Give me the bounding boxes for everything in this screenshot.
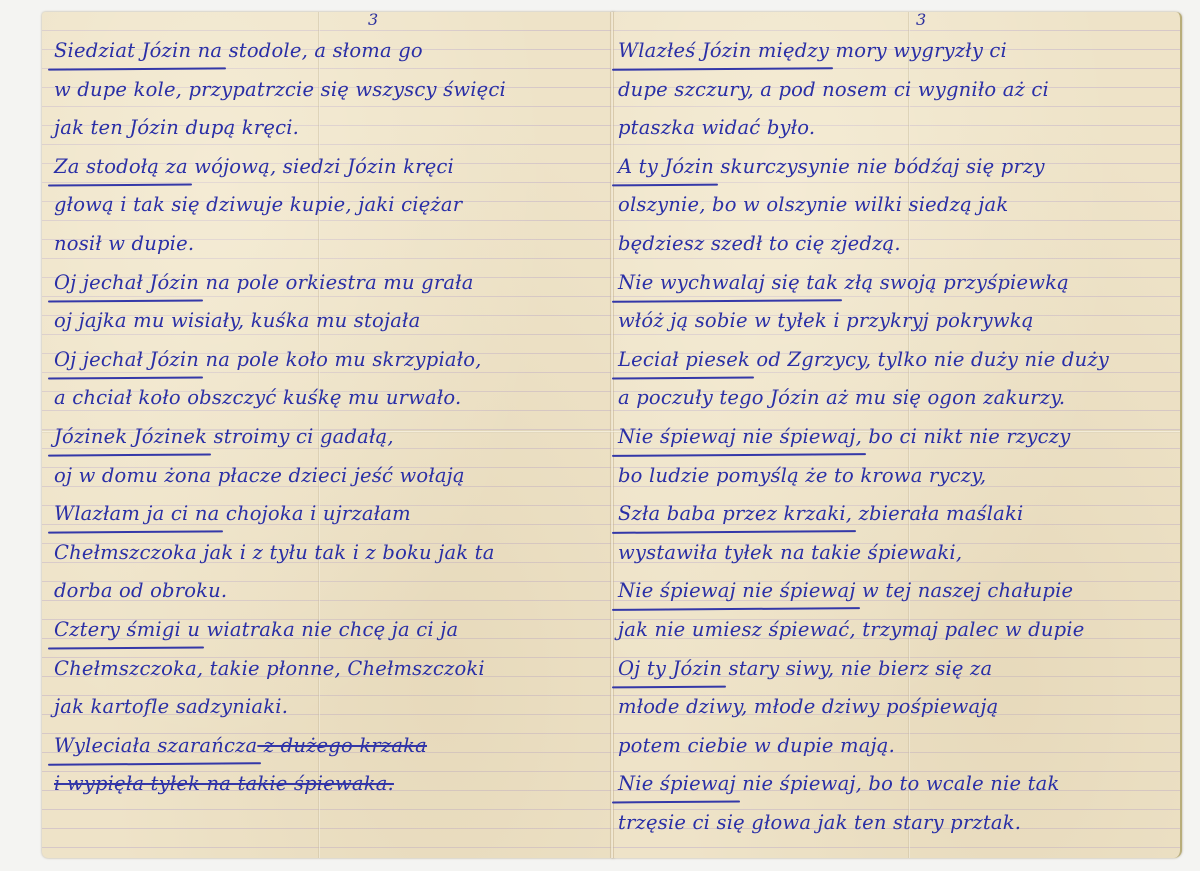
underlined-verse-start: A ty Józin [618,154,714,180]
handwritten-line: włóż ją sobie w tyłek i przykryj pokrywk… [618,308,1178,347]
verse-text: stary siwy, nie bierz się za [722,657,992,680]
verse-text: Chełmszczoka jak i z tyłu tak i z boku j… [54,541,495,564]
handwritten-line: Chełmszczoka, takie płonne, Chełmszczoki [54,656,610,695]
handwritten-line: Cztery śmigi u wiatraka nie chcę ja ci j… [54,617,610,656]
handwritten-line: wystawiła tyłek na takie śpiewaki, [618,540,1178,579]
underlined-verse-start: Siedziat Józin na [54,38,222,64]
handwritten-line: Za stodołą za wójową, siedzi Józin kręci [54,154,610,193]
handwritten-line: w dupe kole, przypatrzcie się wszyscy św… [54,77,610,116]
verse-text: ptaszka widać było. [618,116,815,139]
handwritten-line: potem ciebie w dupie mają. [618,733,1178,772]
verse-text: bo ci nikt nie rzyczy [862,425,1070,448]
verse-text: a chciał koło obszczyć kuśkę mu urwało. [54,386,461,409]
scanned-document: 3 3 Siedziat Józin na stodole, a słoma g… [0,0,1200,871]
verse-text: dupe szczury, a pod nosem ci wygniło aż … [618,78,1049,101]
handwritten-line: Nie śpiewaj nie śpiewaj w tej naszej cha… [618,578,1178,617]
handwritten-line: a poczuły tego Józin aż mu się ogon zaku… [618,385,1178,424]
underlined-verse-start: Za stodołą za [54,154,188,180]
verse-text: nosił w dupie. [54,232,194,255]
handwritten-line: trzęsie ci się głowa jak ten stary przta… [618,810,1178,849]
underlined-verse-start: Wlazłam ja ci na [54,501,219,527]
underlined-verse-start: Oj jechał Józin [54,347,199,373]
handwritten-line: Nie wychwalaj się tak złą swoją przyśpie… [618,270,1178,309]
verse-text: dorba od obroku. [54,579,227,602]
underlined-verse-start: Nie śpiewaj nie śpiewaj [618,578,856,604]
underlined-verse-start: Nie śpiewaj nie śpiewaj, [618,424,862,450]
handwritten-line: dorba od obroku. [54,578,610,617]
handwritten-line: Szła baba przez krzaki, zbierała maślaki [618,501,1178,540]
handwritten-line: a chciał koło obszczyć kuśkę mu urwało. [54,385,610,424]
underlined-verse-start: Nie śpiewaj [618,771,736,797]
verse-text: jak nie umiesz śpiewać, trzymaj palec w … [618,618,1084,641]
underlined-verse-start: Józinek Józinek [54,424,207,450]
right-page-text: Wlazłeś Józin między mory wygryzły cidup… [618,38,1178,848]
verse-text: złą swoją przyśpiewką [838,271,1069,294]
handwritten-line: Chełmszczoka jak i z tyłu tak i z boku j… [54,540,610,579]
handwritten-line: nosił w dupie. [54,231,610,270]
verse-text: jak kartofle sadzyniaki. [54,695,288,718]
verse-text: oj jajka mu wisiały, kuśka mu stojała [54,309,420,332]
handwritten-line: bo ludzie pomyślą że to krowa ryczy, [618,463,1178,502]
underlined-verse-start: Wlazłeś Józin między [618,38,829,64]
verse-text: wystawiła tyłek na takie śpiewaki, [618,541,962,564]
handwritten-line: Wlazłeś Józin między mory wygryzły ci [618,38,1178,77]
handwritten-line: ptaszka widać było. [618,115,1178,154]
handwritten-line: i wypięła tyłek na takie śpiewaka. [54,771,610,810]
handwritten-line: Oj jechał Józin na pole koło mu skrzypia… [54,347,610,386]
left-page-text: Siedziat Józin na stodole, a słoma gow d… [54,38,610,810]
verse-text: na pole orkiestra mu grała [199,271,473,294]
verse-text: oj w domu żona płacze dzieci jeść wołają [54,464,465,487]
handwritten-line: głową i tak się dziwuje kupie, jaki cięż… [54,192,610,231]
handwritten-line: Nie śpiewaj nie śpiewaj, bo to wcale nie… [618,771,1178,810]
verse-text: wiatraka nie chcę ja ci ja [200,618,458,641]
handwritten-line: oj jajka mu wisiały, kuśka mu stojała [54,308,610,347]
verse-text: będziesz szedł to cię zjedzą. [618,232,901,255]
verse-text: skurczysynie nie bódźaj się przy [714,155,1045,178]
right-page-number: 3 [916,10,926,29]
verse-text: głową i tak się dziwuje kupie, jaki cięż… [54,193,462,216]
handwritten-line: Siedziat Józin na stodole, a słoma go [54,38,610,77]
handwritten-line: młode dziwy, młode dziwy pośpiewają [618,694,1178,733]
handwritten-line: dupe szczury, a pod nosem ci wygniło aż … [618,77,1178,116]
handwritten-line: Oj ty Józin stary siwy, nie bierz się za [618,656,1178,695]
left-page-number: 3 [368,10,378,29]
verse-text: włóż ją sobie w tyłek i przykryj pokrywk… [618,309,1034,332]
verse-text: Chełmszczoka, takie płonne, Chełmszczoki [54,657,485,680]
verse-text: nie śpiewaj, bo to wcale nie tak [736,772,1060,795]
handwritten-line: Wlazłam ja ci na chojoka i ujrzałam [54,501,610,540]
verse-text: i wypięła tyłek na takie śpiewaka. [54,772,394,795]
underlined-verse-start: Szła baba przez krzaki, [618,501,852,527]
verse-text: stroimy ci gadałą, [207,425,394,448]
verse-text: zbierała maślaki [852,502,1023,525]
underlined-verse-start: Nie wychwalaj się tak [618,270,838,296]
handwritten-line: Oj jechał Józin na pole orkiestra mu gra… [54,270,610,309]
verse-text: w dupe kole, przypatrzcie się wszyscy św… [54,78,506,101]
verse-text: na pole koło mu skrzypiało, [199,348,482,371]
handwritten-line: jak ten Józin dupą kręci. [54,115,610,154]
handwritten-line: Józinek Józinek stroimy ci gadałą, [54,424,610,463]
underlined-verse-start: Leciał piesek [618,347,750,373]
verse-text: od Zgrzycy, tylko nie duży nie duży [750,348,1109,371]
verse-text: bo ludzie pomyślą że to krowa ryczy, [618,464,986,487]
handwritten-line: jak nie umiesz śpiewać, trzymaj palec w … [618,617,1178,656]
handwritten-line: będziesz szedł to cię zjedzą. [618,231,1178,270]
handwritten-line: A ty Józin skurczysynie nie bódźaj się p… [618,154,1178,193]
underlined-verse-start: Oj jechał Józin [54,270,199,296]
underlined-verse-start: Oj ty Józin [618,656,722,682]
verse-text: trzęsie ci się głowa jak ten stary przta… [618,811,1021,834]
verse-text: potem ciebie w dupie mają. [618,734,895,757]
verse-text: a poczuły tego Józin aż mu się ogon zaku… [618,386,1065,409]
verse-text: olszynie, bo w olszynie wilki siedzą jak [618,193,1008,216]
verse-text: mory wygryzły ci [829,39,1007,62]
verse-text: młode dziwy, młode dziwy pośpiewają [618,695,998,718]
verse-text: w tej naszej chałupie [856,579,1074,602]
underlined-verse-start: Wyleciała szarańcza [54,733,257,759]
verse-text: jak ten Józin dupą kręci. [54,116,299,139]
handwritten-line: Wyleciała szarańcza z dużego krzaka [54,733,610,772]
handwritten-line: Nie śpiewaj nie śpiewaj, bo ci nikt nie … [618,424,1178,463]
handwritten-line: olszynie, bo w olszynie wilki siedzą jak [618,192,1178,231]
center-fold [610,12,614,858]
handwritten-line: Leciał piesek od Zgrzycy, tylko nie duży… [618,347,1178,386]
verse-text: chojoka i ujrzałam [219,502,410,525]
verse-text: z dużego krzaka [257,734,427,757]
verse-text: stodole, a słoma go [222,39,423,62]
handwritten-line: oj w domu żona płacze dzieci jeść wołają [54,463,610,502]
verse-text: wójową, siedzi Józin kręci [188,155,454,178]
underlined-verse-start: Cztery śmigi u [54,617,200,643]
handwritten-line: jak kartofle sadzyniaki. [54,694,610,733]
